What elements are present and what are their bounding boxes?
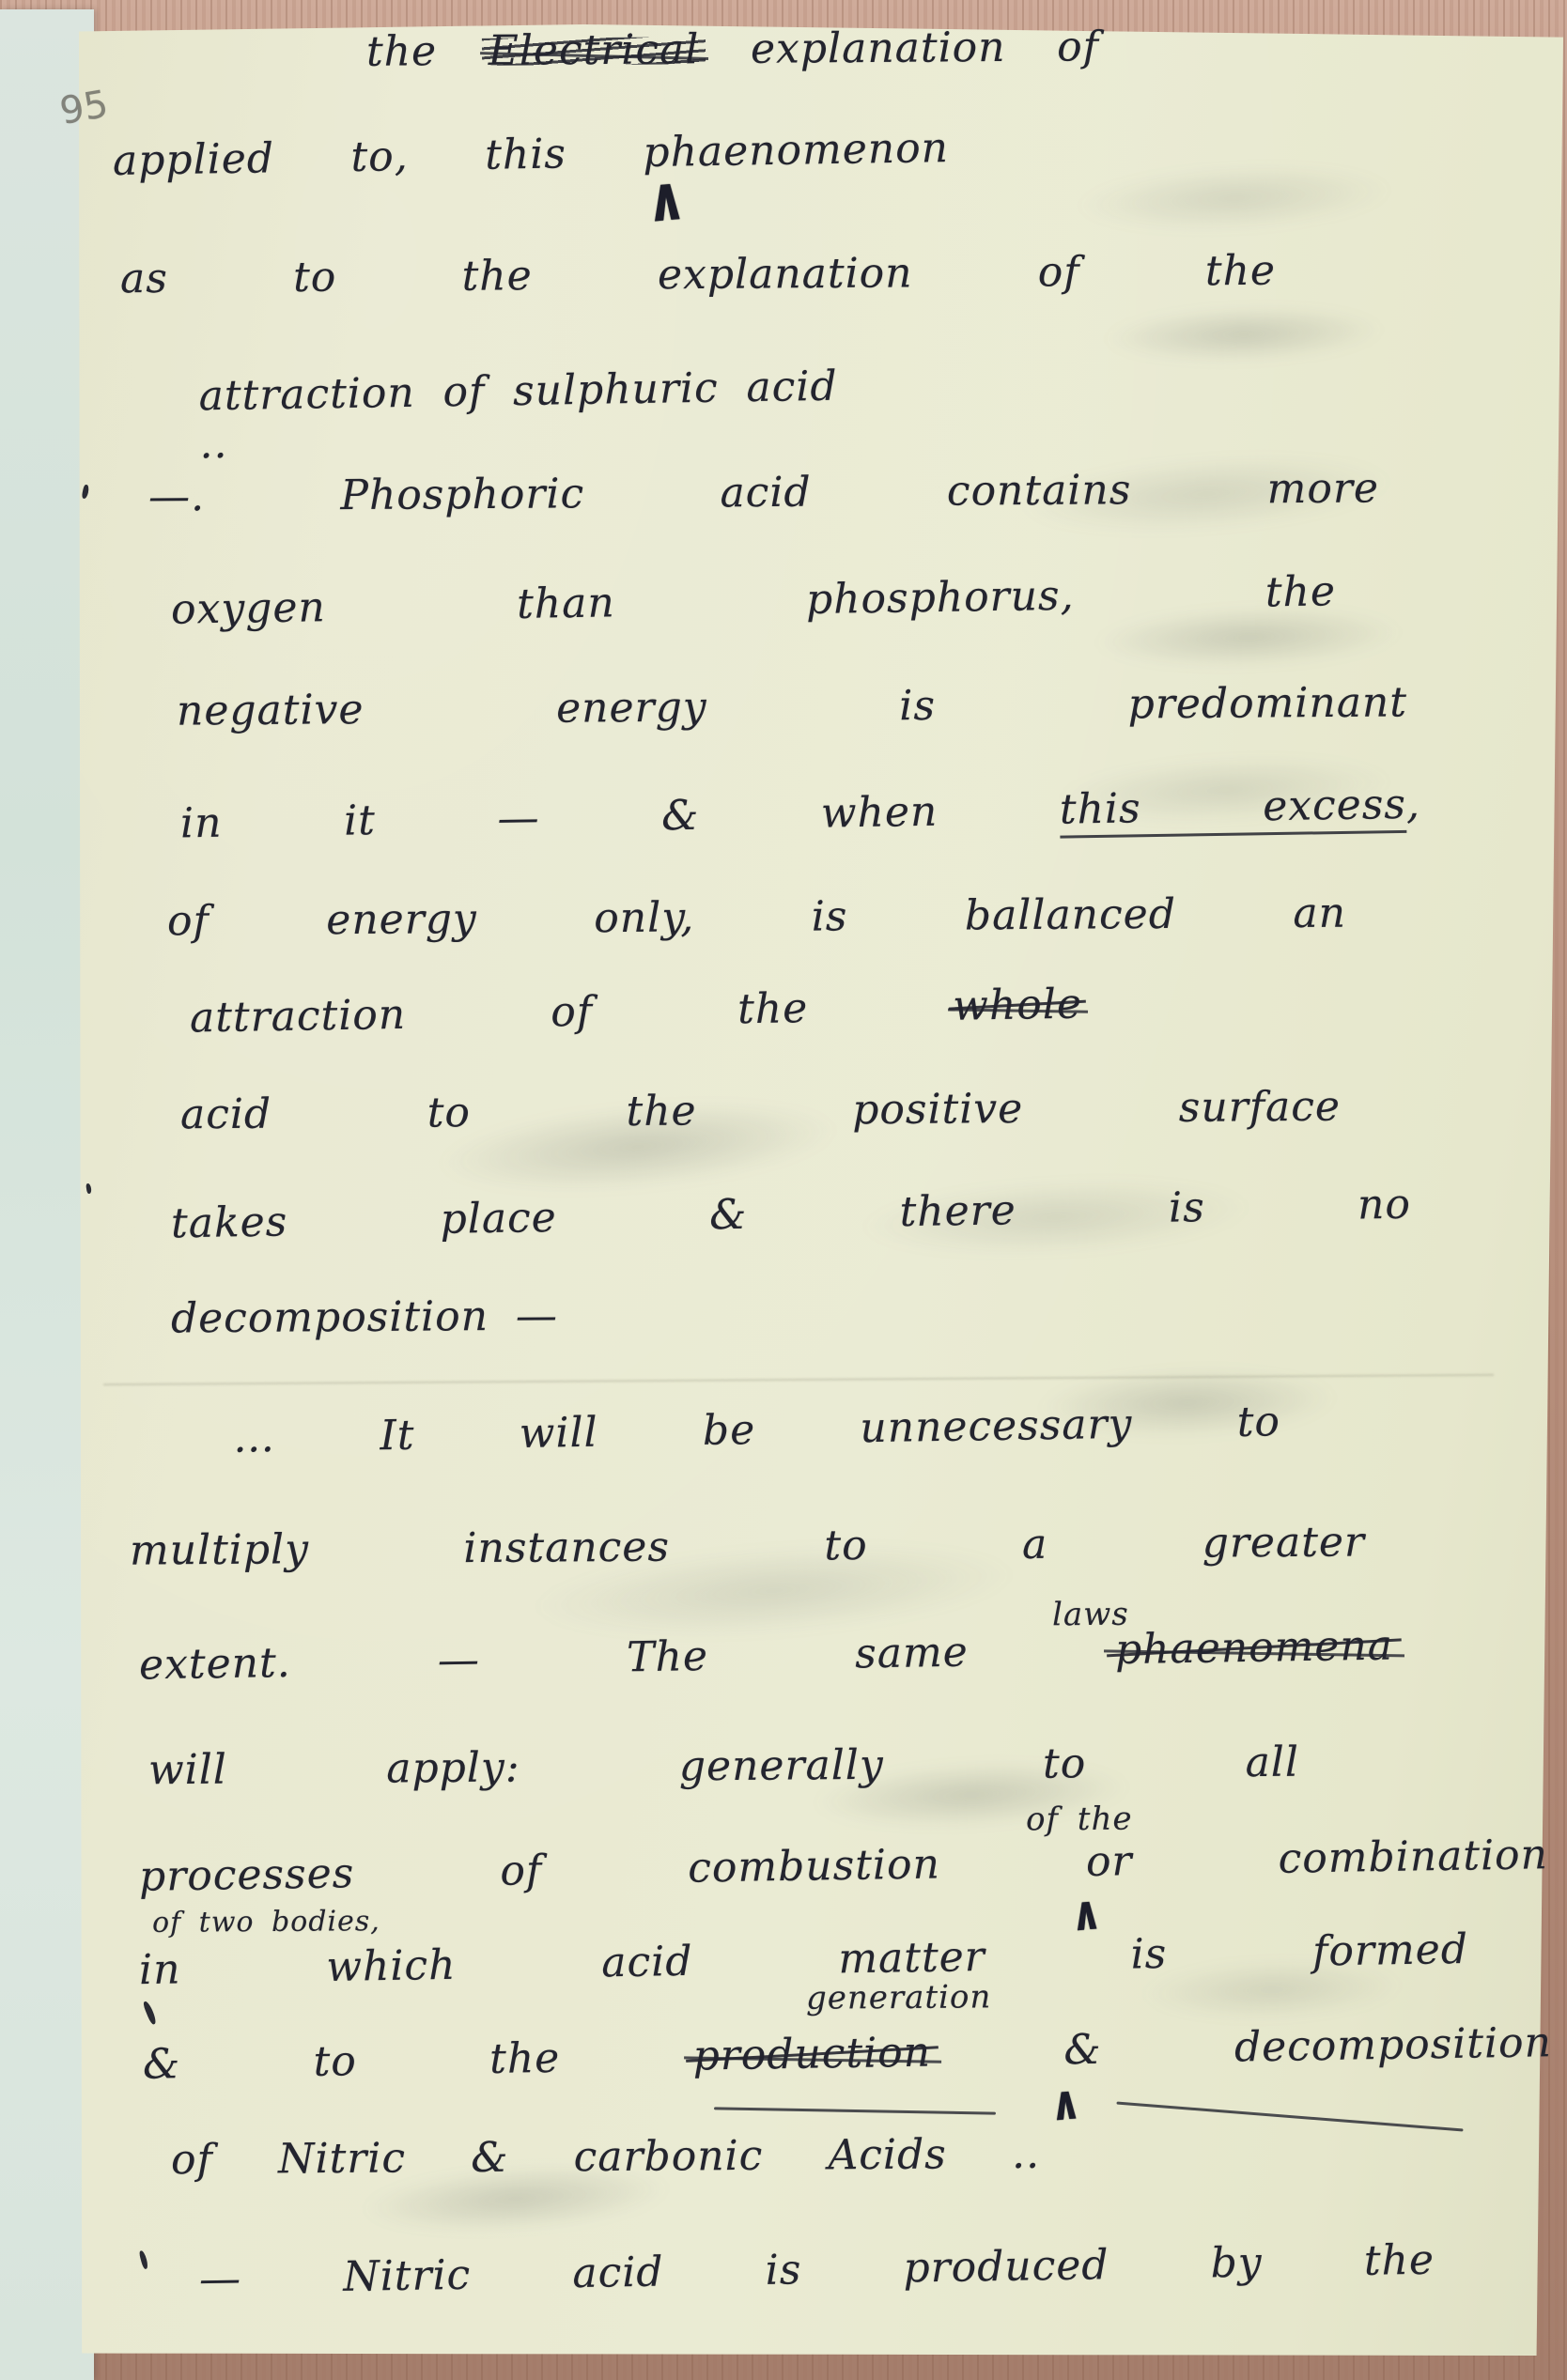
word-group: of Nitric & carbonic Acids ..	[171, 2130, 1040, 2184]
manuscript-line: of Nitric & carbonic Acids ..	[171, 2131, 1040, 2185]
deleted-word: Electrical	[489, 26, 700, 75]
underlined-phrase: this excess	[1060, 780, 1407, 839]
word-group: this phaenomenon	[485, 124, 950, 179]
word-group: decomposition —	[171, 1292, 558, 1343]
deleted-word: whole	[953, 981, 1082, 1031]
interlinear-insertion: of the	[1026, 1801, 1133, 1839]
word-group: acid to the positive surface	[180, 1083, 1341, 1139]
ink-bleedthrough-smudge	[1102, 301, 1386, 367]
manuscript-line: attraction of sulphuric acid ..	[198, 363, 839, 469]
word-group: the	[366, 27, 437, 76]
insertion-caret-icon: ∧	[1048, 2075, 1082, 2132]
interlinear-insertion: generation	[806, 1979, 992, 2017]
insertion-caret-icon: ∧	[644, 162, 688, 238]
deleted-word: phaenomena	[1115, 1623, 1394, 1675]
manuscript-line: acid to the positive surface	[180, 1084, 1341, 1139]
ink-bleedthrough-smudge	[1073, 157, 1395, 240]
word-group: combination	[1278, 1831, 1548, 1883]
word-group: & decomposition	[1063, 2018, 1552, 2074]
manuscript-line: —. Phosphoric acid contains more	[148, 465, 1379, 521]
manuscript-photo: { "page_number": "95", "icons": { "caret…	[0, 0, 1567, 2380]
page-number: 95	[56, 83, 111, 133]
word-group: attraction of sulphuric acid ..	[198, 363, 838, 468]
inserted-word: of the	[1026, 1800, 1133, 1839]
word-group: will apply: generally to all	[148, 1739, 1299, 1795]
inserted-word: generation	[806, 1978, 992, 2017]
word-group: of energy only, is ballanced an	[167, 889, 1346, 946]
inserted-word: of two bodies,	[152, 1905, 380, 1940]
word-group: negative energy is predominant	[177, 678, 1407, 734]
deleted-word: production	[692, 2030, 931, 2081]
word-group: multiply instances to a greater	[130, 1518, 1365, 1574]
word-group: —. Phosphoric acid contains more	[148, 464, 1379, 520]
word-group: as to the explanation of the	[120, 247, 1276, 303]
interlinear-insertion: of two bodies,	[152, 1906, 380, 1940]
word-group: explanation of	[751, 23, 1099, 73]
manuscript-line: multiply instances to a greater	[130, 1519, 1365, 1575]
manuscript-line: will apply: generally to all	[148, 1739, 1299, 1795]
manuscript-line: of energy only, is ballanced an	[167, 890, 1346, 946]
manuscript-line: as to the explanation of the	[120, 248, 1276, 303]
manuscript-line: negative energy is predominant	[177, 679, 1407, 735]
word-group: attraction of the	[190, 984, 809, 1042]
word-group: ,	[1406, 780, 1421, 828]
manuscript-line: decomposition —	[171, 1293, 558, 1343]
word-group: & to the	[143, 2034, 561, 2089]
word-group: applied to,	[113, 132, 409, 185]
manuscript-line-header-insertion: the Electrical explanation of	[366, 23, 1099, 76]
